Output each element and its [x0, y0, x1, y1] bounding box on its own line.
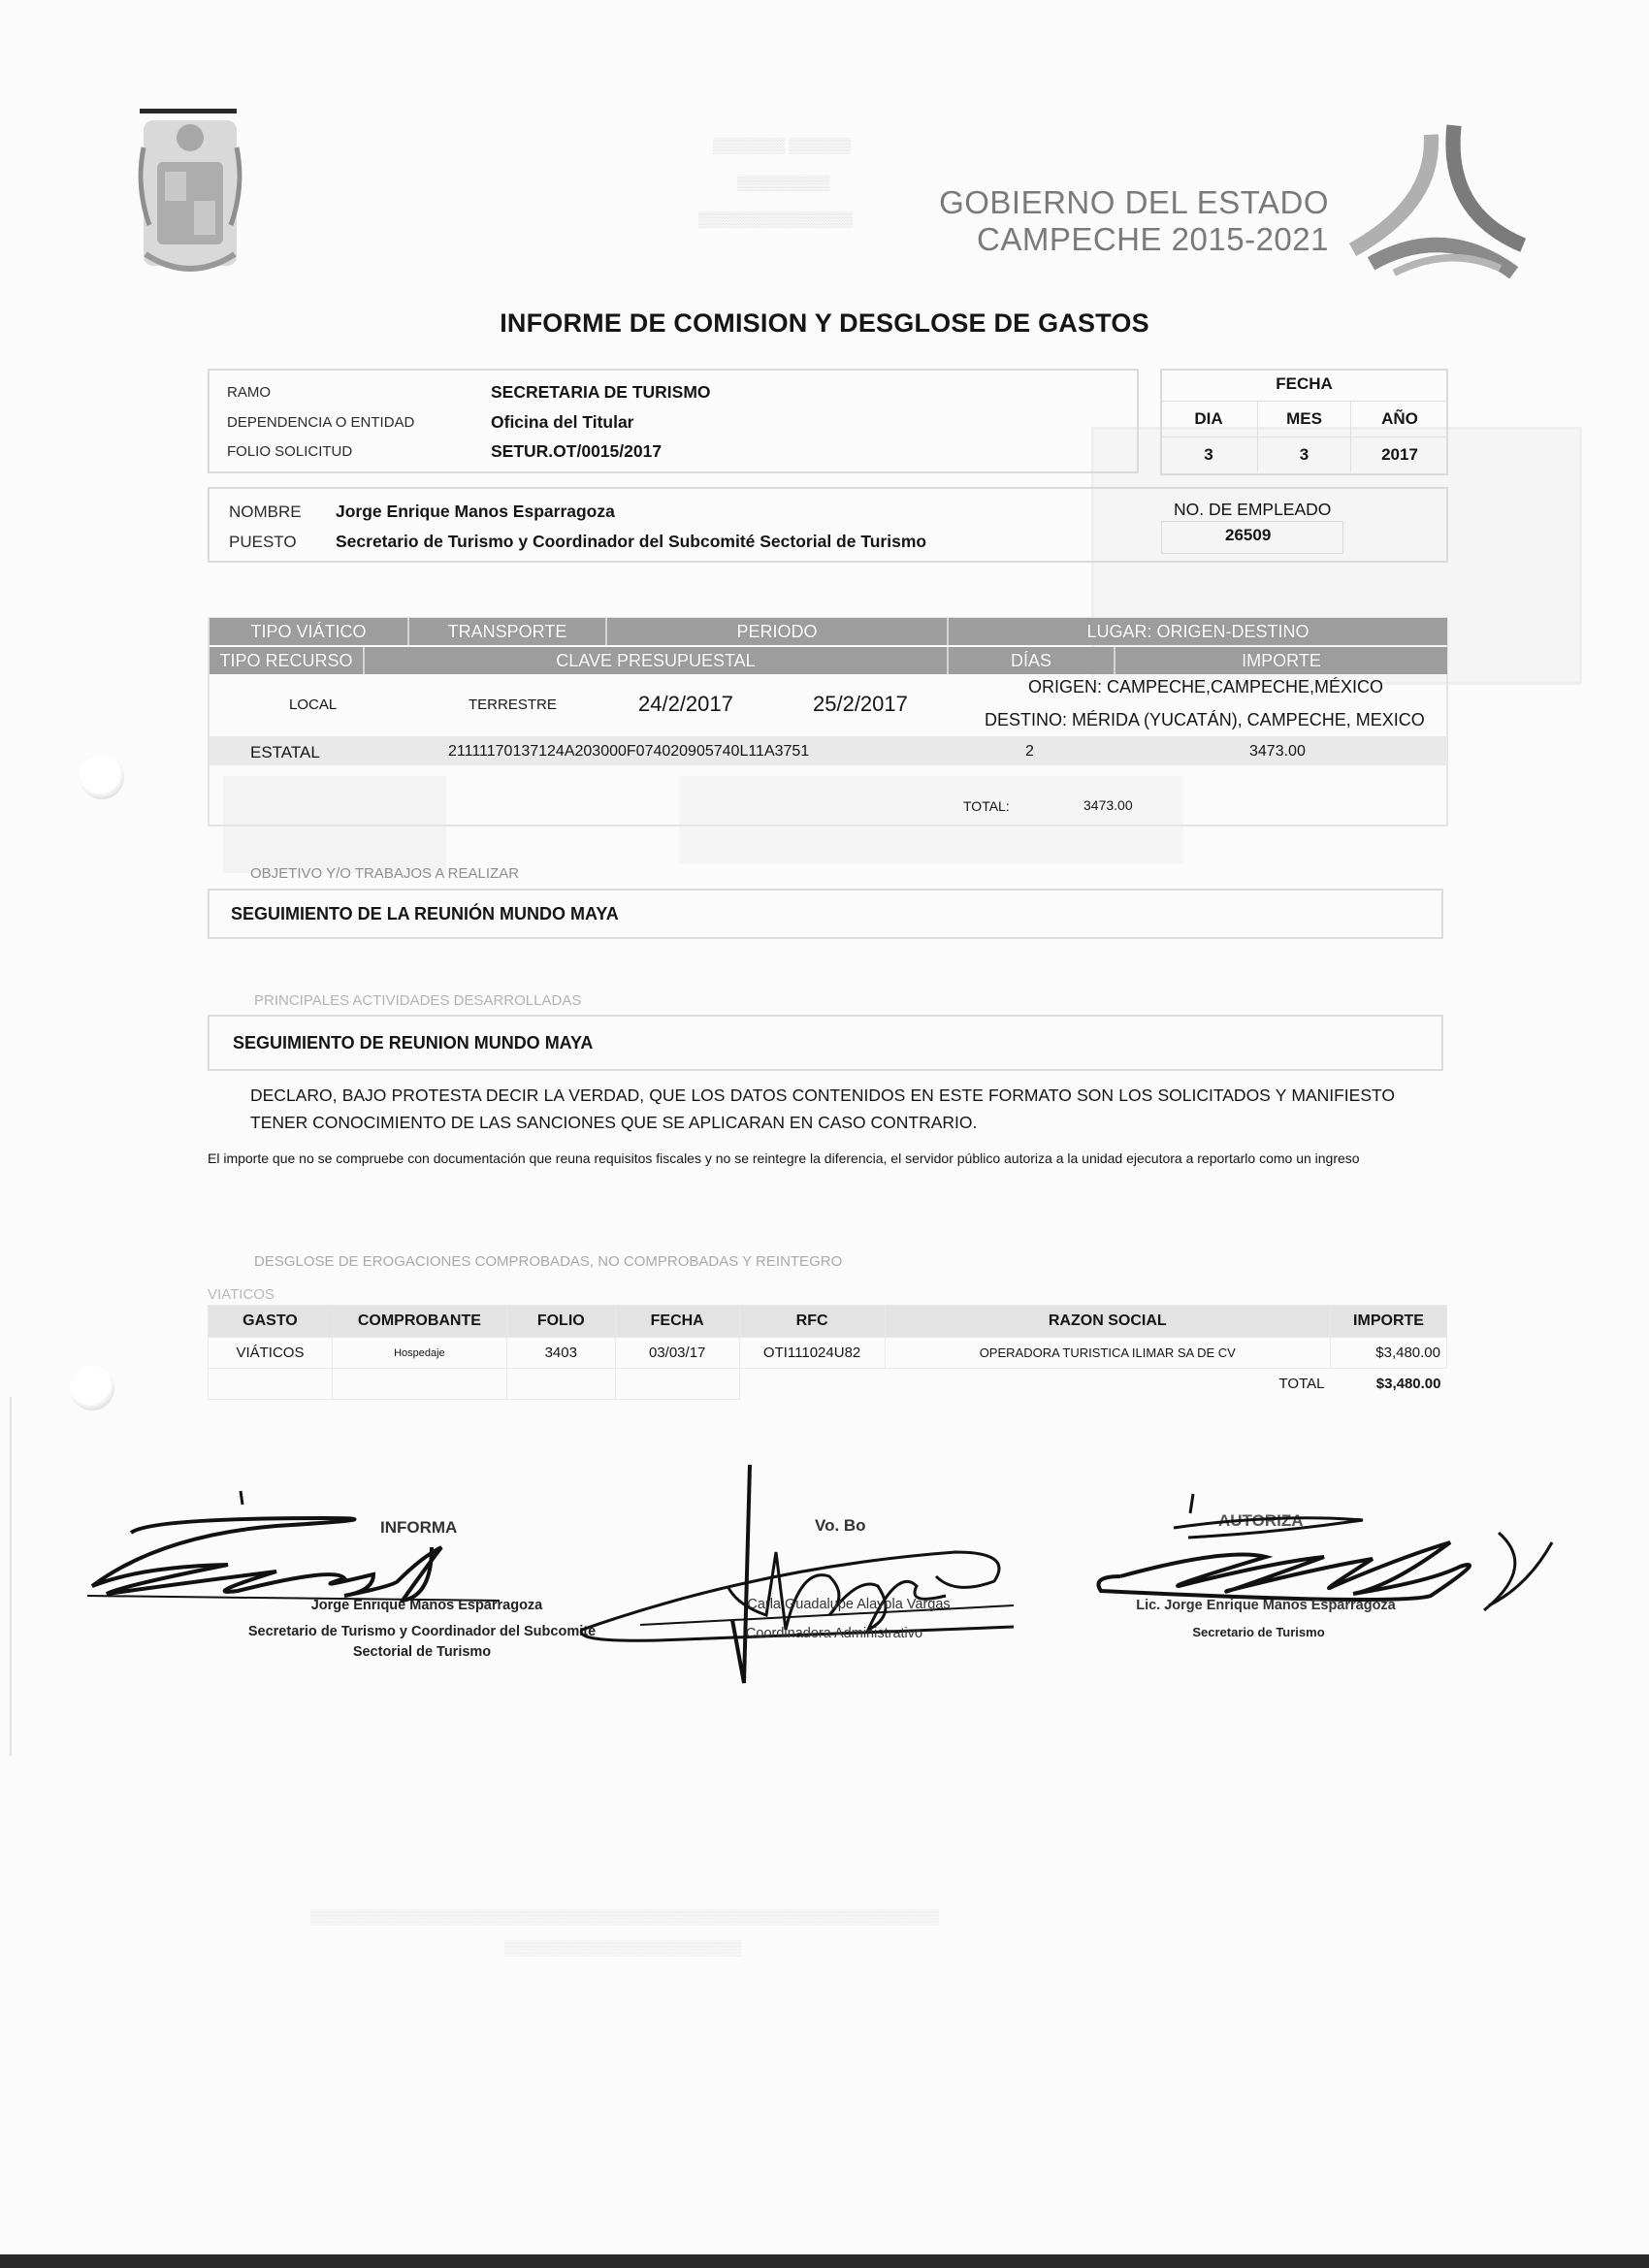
total-label: TOTAL: — [963, 798, 1010, 814]
nombre-label: NOMBRE — [229, 502, 302, 522]
informa-name: Jorge Enrique Manos Esparragoza — [291, 1598, 563, 1613]
actividades-value: SEGUIMIENTO DE REUNION MUNDO MAYA — [233, 1033, 593, 1053]
numero-empleado-label: NO. DE EMPLEADO — [1174, 500, 1331, 520]
government-title-line2: CAMPECHE 2015-2021 — [912, 221, 1329, 258]
destino-value: DESTINO: MÉRIDA (YUCATÁN), CAMPECHE, MEX… — [985, 710, 1425, 730]
vobo-title: Coordinadora Administrativo — [718, 1626, 951, 1641]
scan-bottom-edge — [0, 2254, 1649, 2268]
header-periodo: PERIODO — [607, 618, 949, 645]
col-razon-social: RAZON SOCIAL — [885, 1306, 1330, 1338]
comprobante-cell: Hospedaje — [332, 1338, 506, 1369]
periodo-inicio-value: 24/2/2017 — [638, 692, 733, 717]
header-tipo-viatico: TIPO VIÁTICO — [210, 618, 409, 645]
fecha-label: FECHA — [1160, 374, 1448, 394]
informa-title: Secretario de Turismo y Coordinador del … — [223, 1622, 621, 1663]
government-tri-arc-logo-icon — [1343, 112, 1528, 296]
document-title: INFORME DE COMISION Y DESGLOSE DE GASTOS — [0, 308, 1649, 339]
bleed-through-text: ▒▒▒▒▒▒▒▒▒▒▒▒▒▒▒▒▒▒▒▒▒▒▒▒▒▒▒▒▒▒▒▒▒▒▒▒▒▒▒▒… — [310, 1909, 939, 1926]
viaticos-label: VIATICOS — [208, 1286, 275, 1303]
rfc-cell: OTI111024U82 — [739, 1338, 885, 1369]
folio-solicitud-value: SETUR.OT/0015/2017 — [491, 441, 662, 462]
signature-informa-icon — [82, 1489, 529, 1610]
dia-value: 3 — [1160, 437, 1257, 472]
signature-autoriza-icon — [1082, 1489, 1557, 1615]
dia-label: DIA — [1160, 401, 1257, 437]
desglose-label: DESGLOSE DE EROGACIONES COMPROBADAS, NO … — [254, 1253, 842, 1270]
fecha-cell: 03/03/17 — [615, 1338, 739, 1369]
header-lugar: LUGAR: ORIGEN-DESTINO — [949, 618, 1447, 645]
folio-cell: 3403 — [506, 1338, 615, 1369]
objetivo-label: OBJETIVO Y/O TRABAJOS A REALIZAR — [250, 865, 519, 882]
periodo-fin-value: 25/2/2017 — [813, 692, 908, 717]
header-importe: IMPORTE — [1115, 647, 1447, 674]
total-value: 3473.00 — [1083, 797, 1133, 813]
bleed-through-text: ▒▒▒▒▒▒▒▒▒ — [737, 175, 830, 191]
table-row: VIÁTICOS Hospedaje 3403 03/03/17 OTI1110… — [209, 1338, 1447, 1369]
razon-social-cell: OPERADORA TURISTICA ILIMAR SA DE CV — [885, 1338, 1330, 1369]
numero-empleado-value: 26509 — [1225, 526, 1271, 545]
header-tipo-recurso: TIPO RECURSO — [210, 647, 365, 674]
col-gasto: GASTO — [209, 1306, 333, 1338]
actividades-field: SEGUIMIENTO DE REUNION MUNDO MAYA — [208, 1015, 1443, 1071]
dias-value: 2 — [1025, 743, 1034, 761]
mes-label: MES — [1257, 401, 1350, 437]
bleed-through-text: ▒▒▒▒▒▒▒▒▒▒▒▒▒▒▒ — [698, 211, 853, 228]
government-title: GOBIERNO DEL ESTADO CAMPECHE 2015-2021 — [912, 184, 1329, 258]
anio-value: 2017 — [1350, 437, 1448, 472]
ramo-value: SECRETARIA DE TURISMO — [491, 382, 711, 403]
autoriza-name: Lic. Jorge Enrique Manos Esparragoza — [1120, 1598, 1411, 1613]
government-title-line1: GOBIERNO DEL ESTADO — [912, 184, 1329, 221]
clave-presupuestal-value: 21111170137124A203000F074020905740L11A37… — [448, 743, 809, 761]
gastos-header-row: GASTO COMPROBANTE FOLIO FECHA RFC RAZON … — [209, 1306, 1447, 1338]
tipo-viatico-value: LOCAL — [289, 697, 337, 713]
punch-hole-upper — [80, 755, 124, 799]
gastos-total-value: $3,480.00 — [1331, 1369, 1447, 1400]
ramo-label: RAMO — [227, 384, 271, 401]
col-folio: FOLIO — [506, 1306, 615, 1338]
puesto-value: Secretario de Turismo y Coordinador del … — [336, 532, 926, 552]
puesto-label: PUESTO — [229, 533, 297, 552]
mes-value: 3 — [1257, 437, 1350, 472]
actividades-label: PRINCIPALES ACTIVIDADES DESARROLLADAS — [254, 992, 581, 1009]
dependencia-label: DEPENDENCIA O ENTIDAD — [227, 414, 414, 431]
punch-hole-lower — [70, 1366, 114, 1410]
anio-label: AÑO — [1350, 401, 1448, 437]
folio-solicitud-label: FOLIO SOLICITUD — [227, 443, 352, 460]
vobo-name: Carla Guadalupe Alayola Vargas — [718, 1597, 980, 1612]
col-comprobante: COMPROBANTE — [332, 1306, 506, 1338]
gasto-cell: VIÁTICOS — [209, 1338, 333, 1369]
objetivo-field: SEGUIMIENTO DE LA REUNIÓN MUNDO MAYA — [208, 889, 1443, 939]
gastos-total-label: TOTAL — [885, 1369, 1330, 1400]
dependencia-value: Oficina del Titular — [491, 412, 634, 433]
transporte-value: TERRESTRE — [469, 697, 557, 713]
scan-edge-shadow — [10, 1397, 12, 1756]
gastos-table: GASTO COMPROBANTE FOLIO FECHA RFC RAZON … — [208, 1305, 1447, 1400]
nombre-value: Jorge Enrique Manos Esparragoza — [336, 502, 615, 522]
tipo-recurso-value: ESTATAL — [250, 743, 320, 762]
state-coat-of-arms-icon — [136, 109, 244, 281]
importe-cell: $3,480.00 — [1331, 1338, 1447, 1369]
header-clave-presupuestal: CLAVE PRESUPUESTAL — [365, 647, 949, 674]
fiscal-note-text: El importe que no se compruebe con docum… — [208, 1147, 1430, 1170]
col-fecha: FECHA — [615, 1306, 739, 1338]
bleed-through-text: ▒▒▒▒▒▒▒▒▒▒▒▒▒▒▒▒▒▒▒▒▒▒▒ — [504, 1940, 741, 1957]
col-importe: IMPORTE — [1331, 1306, 1447, 1338]
importe-value: 3473.00 — [1249, 743, 1306, 761]
origen-value: ORIGEN: CAMPECHE,CAMPECHE,MÉXICO — [1028, 677, 1383, 697]
declaration-text: DECLARO, BAJO PROTESTA DECIR LA VERDAD, … — [250, 1082, 1395, 1136]
autoriza-title: Secretario de Turismo — [1174, 1625, 1343, 1639]
signature-vobo-icon — [567, 1460, 1033, 1698]
header-transporte: TRANSPORTE — [409, 618, 607, 645]
objetivo-value: SEGUIMIENTO DE LA REUNIÓN MUNDO MAYA — [231, 904, 619, 924]
fecha-grid: DIA MES AÑO 3 3 2017 — [1160, 401, 1448, 472]
total-row: TOTAL $3,480.00 — [209, 1369, 1447, 1400]
header-dias: DÍAS — [949, 647, 1115, 674]
bleed-through-text: ▒▒▒▒▒▒▒ ▒▒▒▒▒▒ — [713, 138, 851, 154]
col-rfc: RFC — [739, 1306, 885, 1338]
